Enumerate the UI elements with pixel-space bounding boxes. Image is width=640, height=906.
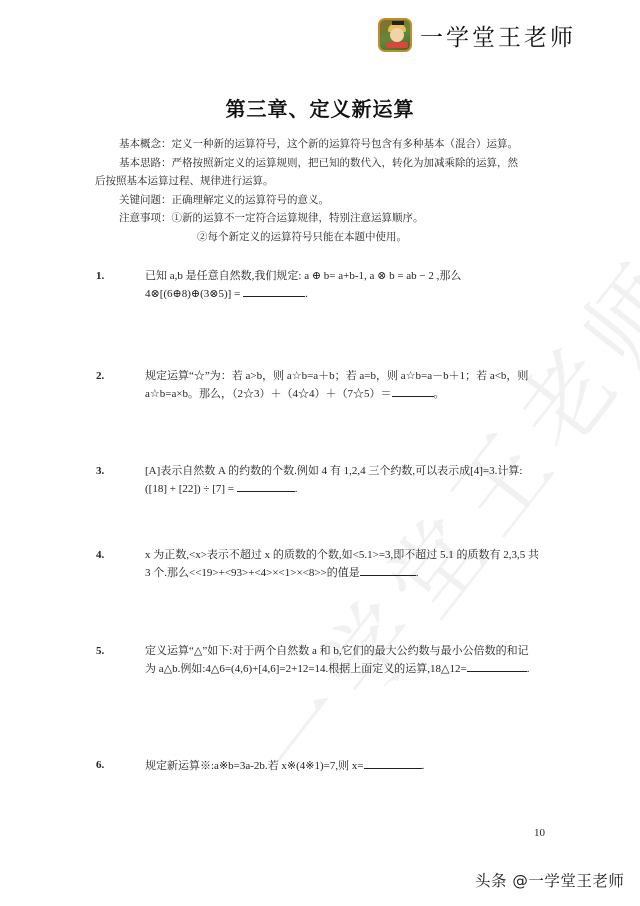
punctuation: . [416, 567, 419, 579]
question-number: 3. [96, 463, 104, 480]
cartoon-teacher-logo-icon [378, 18, 412, 52]
question-number: 1. [96, 268, 104, 285]
intro-notes-line1: 注意事项：①新的运算不一定符合运算规律，特别注意运算顺序。 [95, 209, 605, 228]
intro-concept: 基本概念：定义一种新的运算符号，这个新的运算符号包含有多种基本（混合）运算。 [95, 135, 605, 154]
question-number: 5. [96, 643, 104, 660]
diagonal-watermark: 一学堂王老师 [220, 225, 640, 807]
question-text-line2: 4⊗[(6⊕8)⊕(3⊗5)] = [145, 288, 243, 300]
question-text-line2: 3 个.那么<<19>+<93>+<4>×<1>×<8>>的值是 [145, 567, 360, 579]
question-1: 1. 已知 a,b 是任意自然数,我们规定: a ⊕ b= a+b-1, a ⊗… [96, 268, 606, 303]
question-5: 5. 定义运算“△”如下:对于两个自然数 a 和 b,它们的最大公约数与最小公倍… [96, 643, 606, 678]
question-text-line2: ([18] + [22]) ÷ [7] = [145, 483, 237, 495]
question-number: 6. [96, 757, 104, 774]
punctuation: . [305, 288, 308, 300]
question-text-line1: 定义运算“△”如下:对于两个自然数 a 和 b,它们的最大公约数与最小公倍数的和… [145, 643, 606, 660]
intro-section: 基本概念：定义一种新的运算符号，这个新的运算符号包含有多种基本（混合）运算。 基… [95, 135, 605, 246]
question-6: 6. 规定新运算※:a※b=3a-2b.若 x※(4※1)=7,则 x=. [96, 757, 606, 775]
question-text-line1: [A]表示自然数 A 的约数的个数.例如 4 有 1,2,4 三个约数,可以表示… [145, 463, 606, 480]
answer-blank[interactable] [360, 564, 416, 576]
punctuation: . [422, 760, 425, 772]
question-4: 4. x 为正数,<x>表示不超过 x 的质数的个数,如<5.1>=3,即不超过… [96, 547, 606, 582]
footer-attribution: 头条 @一学堂王老师 [475, 869, 624, 891]
question-text-line2: 为 a△b.例如:4△6=(4,6)+[4,6]=2+12=14.根据上面定义的… [145, 663, 467, 675]
question-text-line1: 规定运算“☆”为：若 a>b，则 a☆b=a＋b；若 a=b，则 a☆b=a－b… [145, 368, 606, 385]
question-text-line1: 已知 a,b 是任意自然数,我们规定: a ⊕ b= a+b-1, a ⊗ b … [145, 268, 606, 285]
punctuation: . [295, 483, 298, 495]
intro-approach-line1: 基本思路：严格按照新定义的运算规则，把已知的数代入，转化为加减乘除的运算，然 [95, 154, 605, 173]
question-text-line1: 规定新运算※:a※b=3a-2b.若 x※(4※1)=7,则 x= [145, 760, 364, 772]
question-text-line2: a☆b=a×b。那么，（2☆3）＋（4☆4）＋（7☆5）＝ [145, 388, 392, 400]
answer-blank[interactable] [364, 757, 422, 769]
brand-header: 一学堂王老师 [378, 18, 576, 52]
intro-notes-line2: ②每个新定义的运算符号只能在本题中使用。 [95, 228, 605, 247]
answer-blank[interactable] [237, 480, 295, 492]
punctuation: . [527, 663, 530, 675]
page-number: 10 [534, 827, 545, 839]
question-number: 2. [96, 368, 104, 385]
question-number: 4. [96, 547, 104, 564]
intro-key-issue: 关键问题：正确理解定义的运算符号的意义。 [95, 191, 605, 210]
answer-blank[interactable] [243, 285, 305, 297]
answer-blank[interactable] [392, 385, 434, 397]
question-2: 2. 规定运算“☆”为：若 a>b，则 a☆b=a＋b；若 a=b，则 a☆b=… [96, 368, 606, 403]
question-3: 3. [A]表示自然数 A 的约数的个数.例如 4 有 1,2,4 三个约数,可… [96, 463, 606, 498]
chapter-title: 第三章、定义新运算 [0, 93, 640, 122]
punctuation: 。 [434, 388, 445, 400]
answer-blank[interactable] [467, 660, 527, 672]
brand-name: 一学堂王老师 [420, 19, 576, 52]
intro-approach-line2: 后按照基本运算过程、规律进行运算。 [95, 172, 605, 191]
question-text-line1: x 为正数,<x>表示不超过 x 的质数的个数,如<5.1>=3,即不超过 5.… [145, 547, 606, 564]
